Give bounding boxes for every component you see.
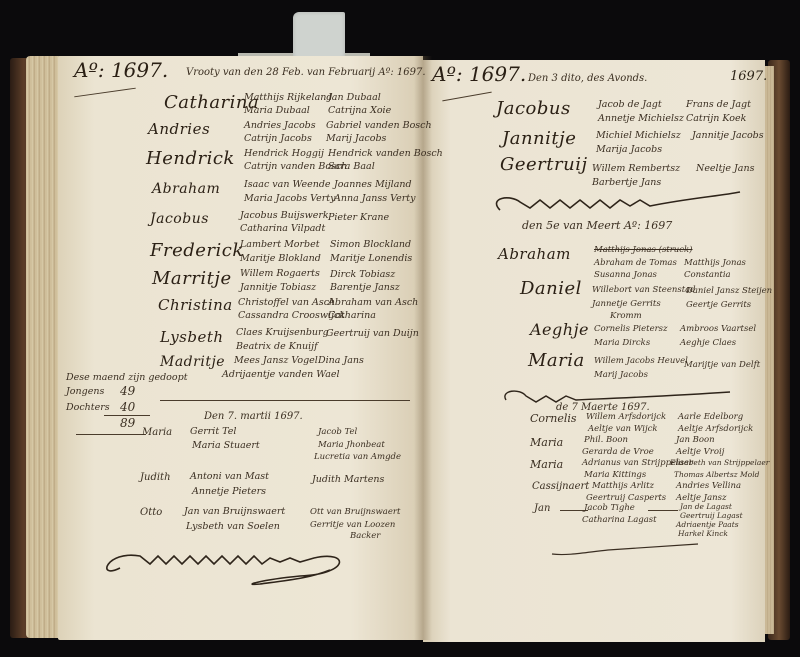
parent-name: Hendrick Hoggij	[244, 149, 324, 159]
witness-name: Thomas Albertsz Mold	[674, 471, 759, 479]
closing-flourish-left	[100, 540, 360, 590]
witness-name: Constantia	[684, 271, 731, 280]
child-name: Frederick	[150, 242, 244, 260]
parent-name: Catharina Vilpadt	[240, 224, 325, 234]
child-name: Abraham	[152, 182, 220, 196]
parent-name: Antoni van Mast	[190, 472, 269, 482]
parent-name: Matthijs Rijkeland	[244, 93, 332, 103]
left-heading: Vrooty van den 28 Feb. van Februarij Aº:…	[186, 68, 426, 78]
left-heading-2: Den 7. martii 1697.	[204, 412, 303, 422]
witness-name: Joannes Mijland	[334, 180, 412, 190]
child-name: Christina	[158, 298, 233, 313]
page-year: 1697.	[730, 70, 767, 83]
witness-name: Matthijs Jonas	[684, 259, 746, 268]
paper-tab-marker	[293, 12, 345, 60]
parent-name: Maria Kittings	[584, 471, 646, 480]
parent-name: Jannetje Gerrits	[592, 300, 661, 309]
child-name: Jan	[534, 504, 550, 514]
parent-name: Gerarda de Vroe	[582, 448, 654, 457]
witness-name: Adriaentje Paats	[676, 521, 739, 529]
witness-name: Barentje Jansz	[330, 283, 400, 293]
witness-name: Jacob Tel	[318, 428, 357, 437]
parent-name: Andries Jacobs	[244, 121, 316, 131]
parent-name: Kromm	[610, 312, 642, 321]
parent-name: Beatrix de Knuijf	[236, 342, 318, 352]
witness-name: Maritje Lonendis	[330, 254, 412, 264]
parent-name: Susanna Jonas	[594, 271, 657, 280]
child-name: Andries	[148, 122, 210, 137]
parent-name: Willem Rogaerts	[240, 269, 320, 279]
witness-name: Jan de Lagast	[680, 503, 732, 511]
witness-name: Marij Jacobs	[326, 134, 386, 144]
right-heading-2: den 5e van Meert Aº: 1697	[522, 220, 672, 231]
parent-name: Lysbeth van Soelen	[186, 522, 280, 532]
parent-name: Isaac van Weende	[244, 180, 331, 190]
parent-name: Cornelis Pietersz	[594, 325, 668, 334]
parent-name: Adrijaentje vanden Wael	[222, 370, 340, 380]
child-name: Cassijnaert	[532, 482, 589, 492]
witness-name: Abraham van Asch	[328, 298, 418, 308]
parent-name: Michiel Michielsz	[596, 131, 681, 141]
child-name: Maria	[530, 437, 563, 448]
child-name: Geertruij	[500, 156, 588, 174]
parent-name: Aeltje van Wijck	[588, 425, 658, 434]
witness-name: Ott van Bruijnswaert	[310, 508, 400, 517]
tally-row-value: 49	[120, 385, 135, 397]
child-name: Jannitje	[502, 130, 576, 148]
child-name: Lysbeth	[160, 330, 224, 345]
witness-name: Pieter Krane	[328, 213, 389, 223]
section-rule	[160, 400, 410, 401]
tally-label: Dese maend zijn gedoopt	[66, 373, 188, 383]
witness-name: Elisabeth van Strijppelaer	[670, 459, 769, 467]
parent-name: Matthijs Arlitz	[592, 482, 654, 491]
witness-name: Andries Vellina	[676, 482, 741, 491]
closing-flourish-right	[548, 540, 708, 564]
right-heading: Den 3 dito, des Avonds.	[528, 74, 647, 84]
witness-name: Maria Jhonbeat	[318, 441, 385, 450]
witness-name: Gabriel vanden Bosch	[326, 121, 432, 131]
parent-name: Maria Jacobs Verty	[244, 194, 335, 204]
parent-name: Willem Rembertsz	[592, 164, 680, 174]
witness-name: Jannitje Jacobs	[692, 131, 764, 141]
witness-name: Dirck Tobiasz	[330, 270, 395, 280]
parent-name: Jannitje Tobiasz	[240, 283, 316, 293]
witness-name: Dina Jans	[318, 356, 364, 366]
witness-name: Aeltje Vroij	[676, 448, 724, 457]
parent-name: Christoffel van Asch	[238, 298, 335, 308]
child-name: Maria	[530, 459, 563, 470]
witness-name: Frans de Jagt	[686, 100, 751, 110]
witness-name: Daniel Jansz Steijen	[686, 287, 772, 296]
child-name: Daniel	[520, 280, 582, 298]
tally-row-label: Jongens	[66, 387, 104, 397]
witness-name: Aeltje Arfsdorijck	[678, 425, 753, 434]
parent-name: Maritje Blokland	[240, 254, 321, 264]
witness-name: Marijtje van Delft	[684, 361, 760, 370]
witness-name: Jan Boon	[676, 436, 715, 445]
child-name: Maria	[528, 352, 585, 370]
tally-row-label: Dochters	[66, 403, 110, 413]
witness-name: Judith Martens	[312, 475, 384, 485]
left-year-mark: Aº: 1697.	[74, 60, 168, 80]
parent-name: Mees Jansz Vogel	[234, 356, 318, 366]
book-scan: Aº: 1697. Vrooty van den 28 Feb. van Feb…	[0, 0, 800, 657]
witness-name: Geertje Gerrits	[686, 301, 751, 310]
witness-name: Geertruij Lagast	[680, 512, 743, 520]
parent-name: Geertruij Casperts	[586, 494, 666, 503]
child-name: Jacobus	[150, 212, 209, 226]
section-rule-left	[76, 434, 146, 435]
parent-name: Maria Dircks	[594, 339, 650, 348]
tally-row-value: 40	[120, 401, 135, 413]
child-name: Jacobus	[496, 100, 571, 118]
child-name: Cornelis	[530, 413, 577, 424]
child-name: Otto	[140, 508, 162, 518]
witness-name: Sara Baal	[328, 162, 375, 172]
witness-name: Ambroos Vaartsel	[680, 325, 756, 334]
parent-name: Jacobus Buijswerk	[240, 211, 329, 221]
parent-name: Maria Stuaert	[192, 441, 260, 451]
parent-name: Jacob de Jagt	[598, 100, 662, 110]
witness-name: Gerritje van Loozen	[310, 521, 395, 530]
parent-name: Jan van Bruijnswaert	[184, 507, 285, 517]
witness-name: Catharina	[328, 311, 376, 321]
child-name: Marritje	[152, 270, 232, 288]
child-name: Madritje	[160, 355, 225, 369]
witness-name: Neeltje Jans	[696, 164, 754, 174]
parent-name: Catharina Lagast	[582, 516, 657, 525]
parent-name: Willem Arfsdorijck	[586, 413, 666, 422]
witness-name: Geertruij van Duijn	[326, 329, 419, 339]
parent-name: Jacob Tighe	[584, 504, 635, 513]
child-name: Maria	[142, 428, 172, 438]
parent-name: Abraham de Tomas	[594, 259, 677, 268]
parent-name: Annetje Pieters	[192, 487, 266, 497]
parent-name: Marij Jacobs	[594, 371, 648, 380]
parent-name: Gerrit Tel	[190, 427, 236, 437]
child-name: Judith	[140, 473, 171, 483]
parent-name: Claes Kruijsenburg	[236, 328, 329, 338]
witness-name: Harkel Kinck	[678, 530, 728, 538]
witness-name: Aarle Edelborg	[678, 413, 743, 422]
parent-name: Willebort van Steenstad	[592, 286, 696, 295]
parent-name: Lambert Morbet	[240, 240, 320, 250]
parent-name: Willem Jacobs Heuvel	[594, 357, 688, 366]
parent-name: Catrijn Jacobs	[244, 134, 312, 144]
tally-total: 89	[120, 417, 135, 429]
child-name: Aeghje	[530, 322, 589, 338]
witness-name: Lucretia van Amgde	[314, 453, 401, 462]
right-year-mark: Aº: 1697.	[432, 64, 526, 84]
parent-name: Annetje Michielsz	[598, 114, 684, 124]
witness-name: Jan Dubaal	[328, 93, 381, 103]
witness-name: Catrijna Xoie	[328, 106, 391, 116]
child-name: Abraham	[498, 247, 571, 262]
parent-name: Phil. Boon	[584, 436, 628, 445]
book-gutter	[414, 56, 432, 640]
witness-name: Simon Blockland	[330, 240, 411, 250]
witness-name: Aeghje Claes	[680, 339, 736, 348]
entry-dash	[648, 510, 678, 511]
parent-name: Marija Jacobs	[596, 145, 662, 155]
child-name: Hendrick	[146, 150, 235, 168]
parent-name: Maria Dubaal	[244, 106, 310, 116]
witness-name: Anna Janss Verty	[334, 194, 415, 204]
parent-name-struck: Matthijs Jonas (struck)	[594, 246, 693, 255]
witness-name: Catrijn Koek	[686, 114, 746, 124]
witness-name: Hendrick vanden Bosch	[328, 149, 443, 159]
parent-name: Barbertje Jans	[592, 178, 661, 188]
